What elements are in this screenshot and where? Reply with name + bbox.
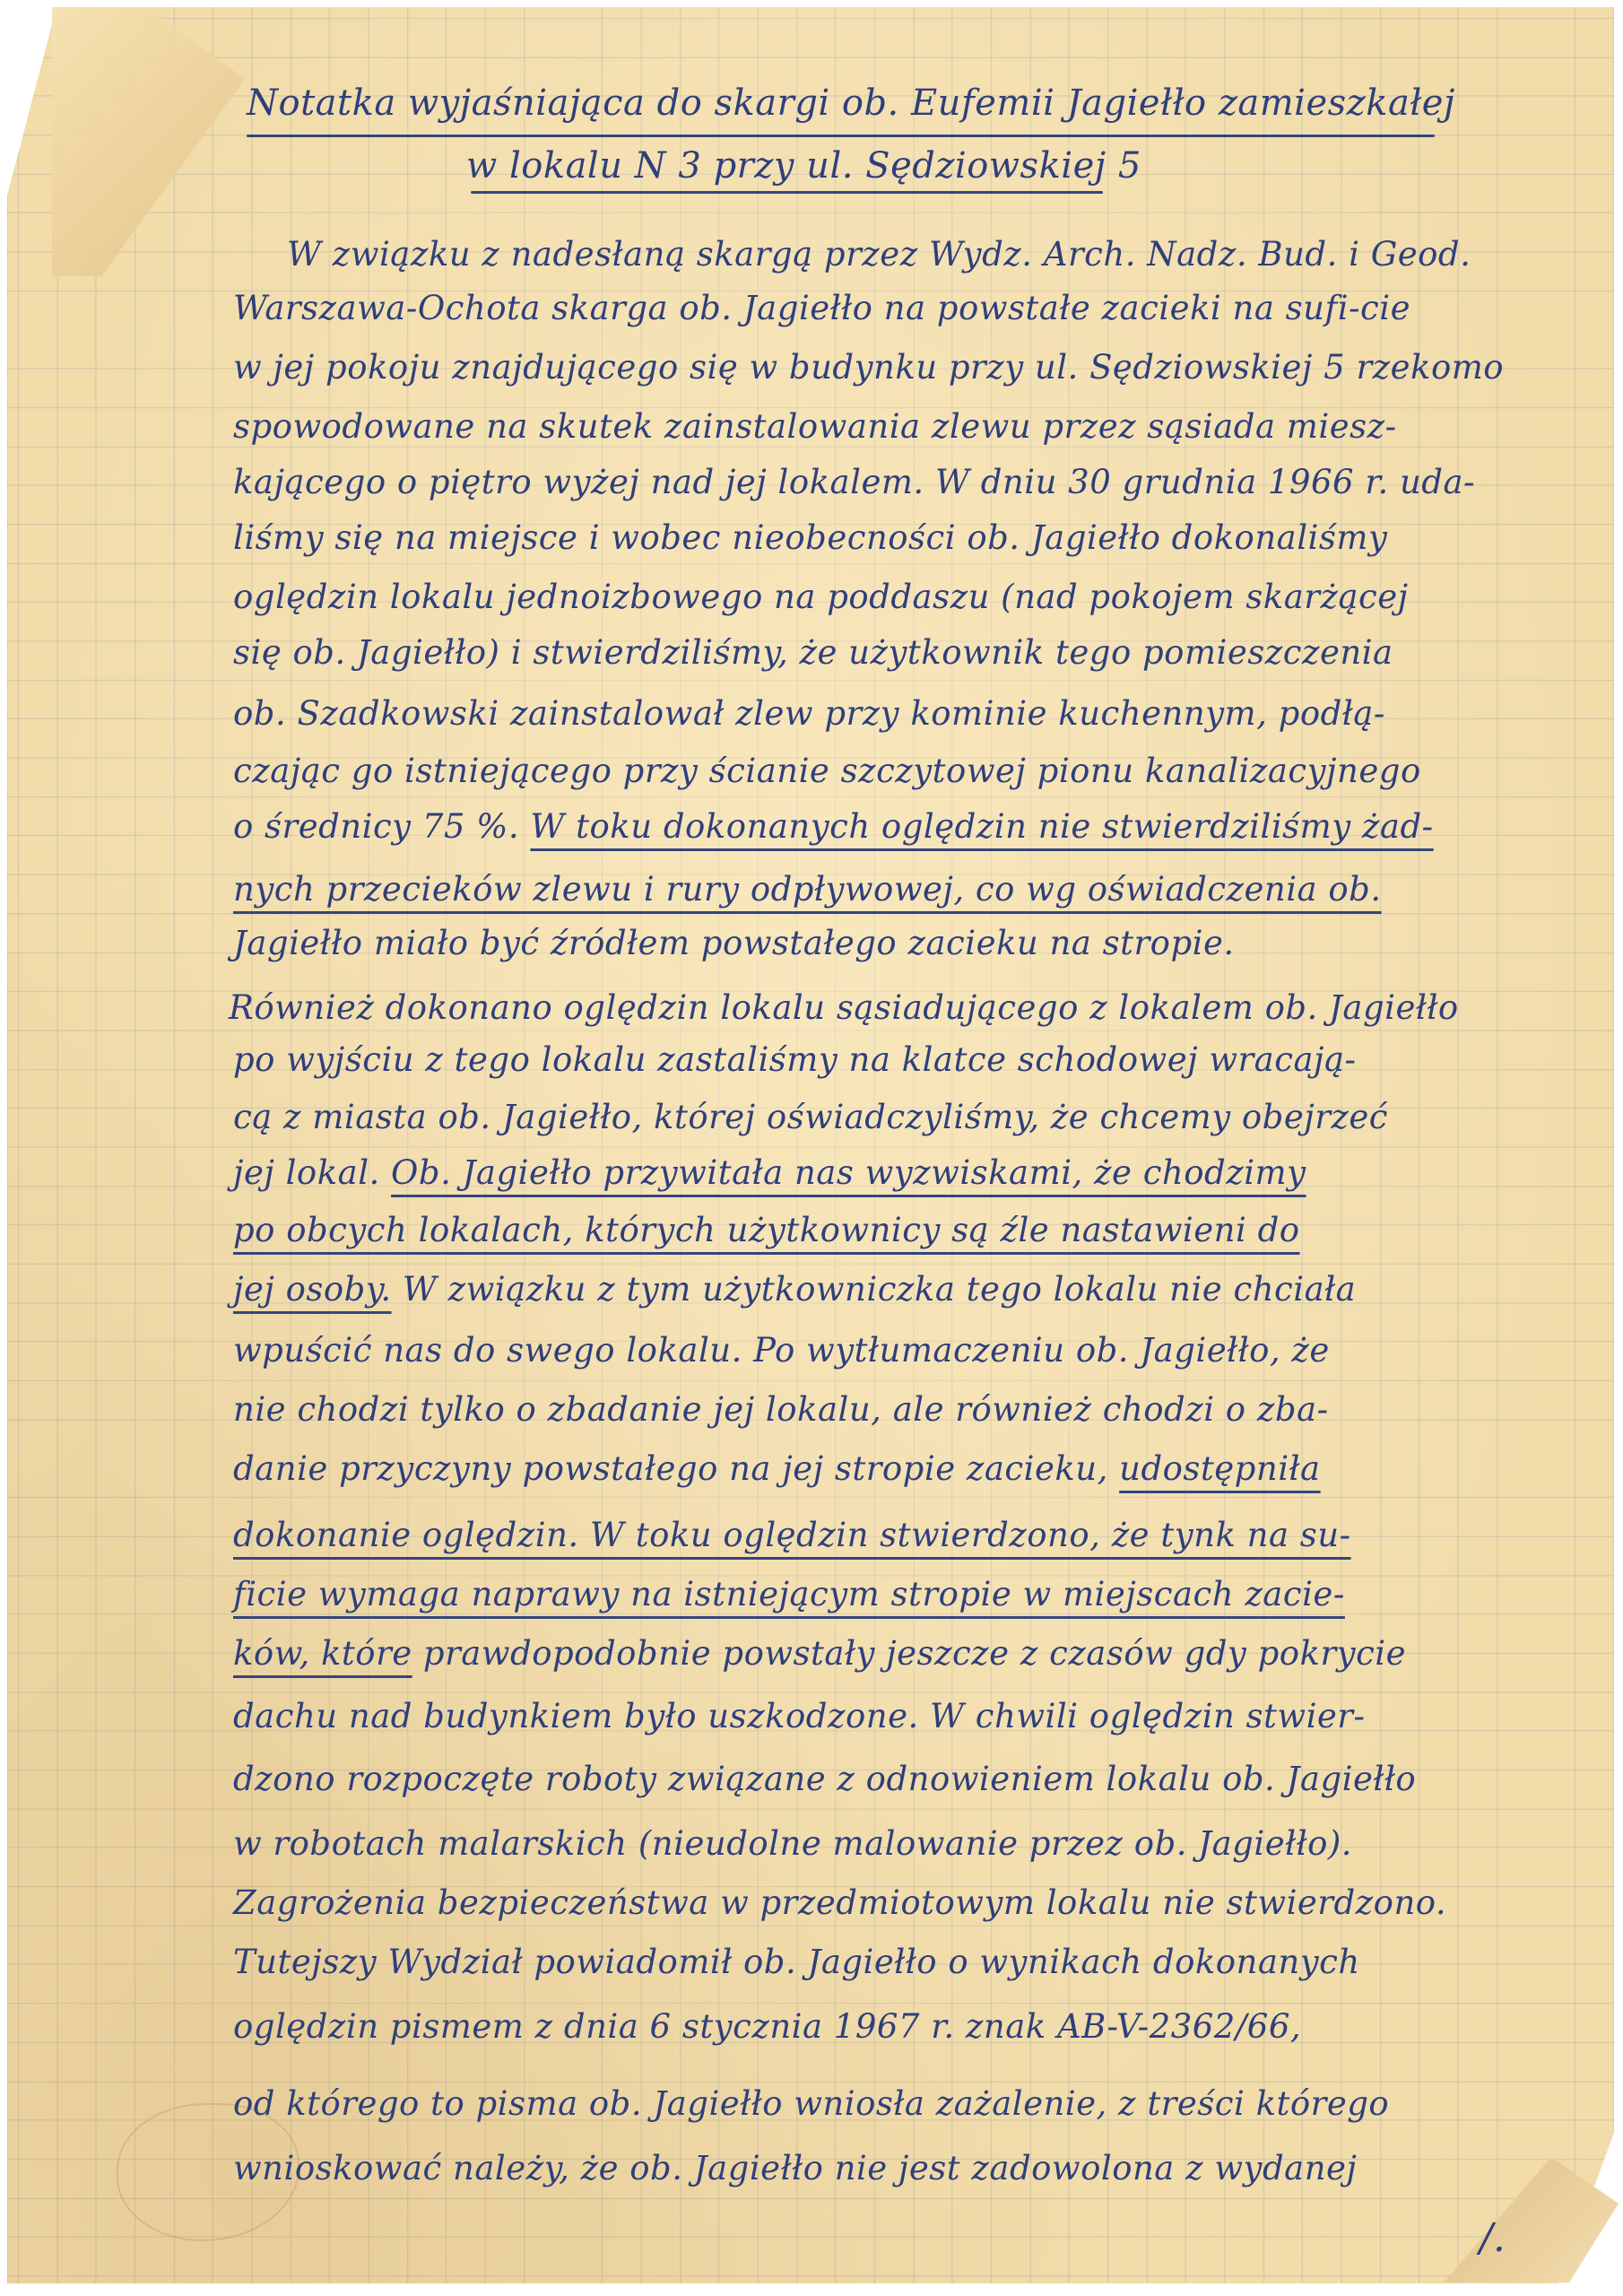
body-line-33: wnioskować należy, że ob. Jagiełło nie j… [233, 2149, 1357, 2187]
body-line-25: ków, które prawdopodobnie powstały jeszc… [233, 1634, 1406, 1673]
body-line-6: liśmy się na miejsce i wobec nieobecnośc… [233, 518, 1387, 557]
body-line-15: po wyjściu z tego lokalu zastaliśmy na k… [233, 1040, 1357, 1079]
body-line-32: od którego to pisma ob. Jagiełło wniosła… [233, 2084, 1389, 2123]
body-line-17-underlined: Ob. Jagiełło przywitała nas wyzwiskami, … [391, 1153, 1306, 1192]
body-line-8: się ob. Jagiełło) i stwierdziliśmy, że u… [233, 633, 1393, 672]
body-line-24: ficie wymaga naprawy na istniejącym stro… [233, 1575, 1345, 1613]
body-line-21: nie chodzi tylko o zbadanie jej lokalu, … [233, 1390, 1329, 1429]
body-line-2: Warszawa-Ochota skarga ob. Jagiełło na p… [233, 289, 1410, 327]
body-line-22: danie przyczyny powstałego na jej stropi… [233, 1449, 1321, 1488]
title-underline-2 [471, 191, 1103, 194]
body-line-13: Jagiełło miało być źródłem powstałego za… [233, 924, 1235, 962]
title-underline-1 [247, 135, 1435, 137]
body-line-29: Zagrożenia bezpieczeństwa w przedmiotowy… [233, 1883, 1446, 1922]
body-line-22-underlined: udostępniła [1119, 1449, 1320, 1488]
body-line-12: nych przecieków zlewu i rury odpływowej,… [233, 870, 1382, 909]
body-line-1: W związku z nadesłaną skargą przez Wydz.… [287, 235, 1471, 274]
body-line-31: oględzin pismem z dnia 6 stycznia 1967 r… [233, 2007, 1301, 2046]
body-line-5: kającego o piętro wyżej nad jej lokalem.… [233, 463, 1475, 501]
body-line-3: w jej pokoju znajdującego się w budynku … [233, 348, 1504, 387]
body-line-22-plain: danie przyczyny powstałego na jej stropi… [233, 1449, 1119, 1488]
body-line-18: po obcych lokalach, których użytkownicy … [233, 1211, 1300, 1249]
body-line-10: czając go istniejącego przy ścianie szcz… [233, 752, 1421, 790]
document-title-line-2: w lokalu N 3 przy ul. Sędziowskiej 5 [466, 145, 1141, 187]
body-line-25-underlined: ków, które [233, 1634, 412, 1673]
body-line-19: jej osoby. W związku z tym użytkowniczka… [233, 1270, 1356, 1309]
body-line-11-underlined: W toku dokonanych oględzin nie stwierdzi… [530, 807, 1433, 846]
body-line-25-plain: prawdopodobnie powstały jeszcze z czasów… [412, 1634, 1406, 1673]
body-line-7: oględzin lokalu jednoizbowego na poddasz… [233, 578, 1409, 616]
body-line-19-underlined: jej osoby. [233, 1270, 392, 1309]
continuation-mark: /. [1480, 2215, 1506, 2261]
body-line-11-plain: o średnicy 75 %. [233, 807, 530, 846]
body-line-11: o średnicy 75 %. W toku dokonanych oględ… [233, 807, 1434, 846]
document-title-line-1: Notatka wyjaśniająca do skargi ob. Eufem… [247, 83, 1455, 124]
body-line-28: w robotach malarskich (nieudolne malowan… [233, 1824, 1352, 1863]
body-line-19-plain: W związku z tym użytkowniczka tego lokal… [392, 1270, 1357, 1309]
body-line-26: dachu nad budynkiem było uszkodzone. W c… [233, 1697, 1366, 1735]
body-line-30: Tutejszy Wydział powiadomił ob. Jagiełło… [233, 1943, 1360, 1981]
body-line-16: cą z miasta ob. Jagiełło, której oświadc… [233, 1098, 1388, 1136]
body-line-27: dzono rozpoczęte roboty związane z odnow… [233, 1760, 1416, 1798]
body-line-17: jej lokal. Ob. Jagiełło przywitała nas w… [233, 1153, 1306, 1192]
body-line-23: dokonanie oględzin. W toku oględzin stwi… [233, 1516, 1351, 1554]
body-line-17-plain: jej lokal. [233, 1153, 391, 1192]
body-line-20: wpuścić nas do swego lokalu. Po wytłumac… [233, 1331, 1330, 1370]
body-line-4: spowodowane na skutek zainstalowania zle… [233, 407, 1397, 446]
body-line-9: ob. Szadkowski zainstalował zlew przy ko… [233, 694, 1385, 733]
body-line-14: Również dokonano oględzin lokalu sąsiadu… [229, 988, 1459, 1027]
